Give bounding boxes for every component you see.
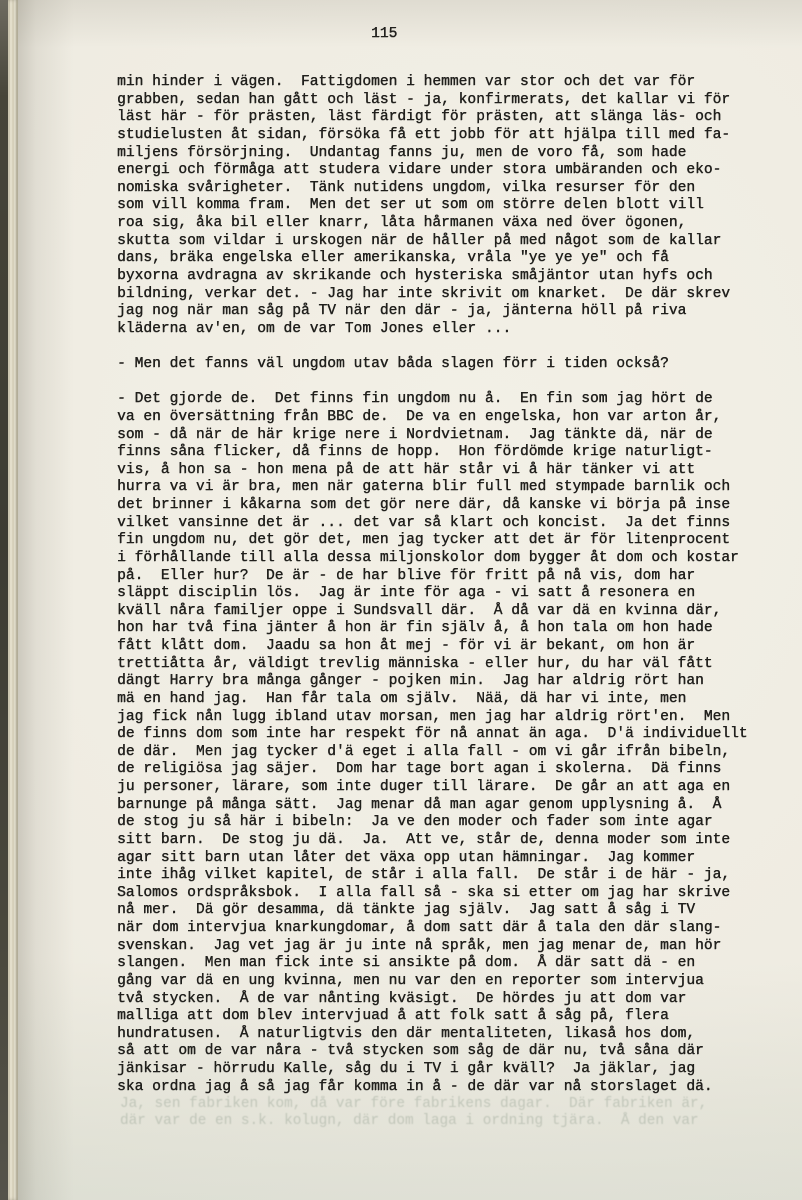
page-number: 115	[371, 26, 397, 44]
paragraph-intro: min hinder i vägen. Fattigdomen i hemmen…	[117, 74, 777, 338]
typewritten-text-block: min hinder i vägen. Fattigdomen i hemmen…	[117, 74, 777, 1096]
scanned-book-page: 115 min hinder i vägen. Fattigdomen i he…	[0, 0, 802, 1200]
stacked-page-edges	[8, 0, 18, 1200]
answer-paragraph: - Det gjorde de. Det finns fin ungdom nu…	[117, 391, 777, 1096]
bleedthrough-text: Ja, sen fabriken kom, då var före fabrik…	[120, 1096, 707, 1129]
interviewer-question: - Men det fanns väl ungdom utav båda sla…	[117, 356, 777, 374]
book-spine-edge	[0, 0, 8, 1200]
